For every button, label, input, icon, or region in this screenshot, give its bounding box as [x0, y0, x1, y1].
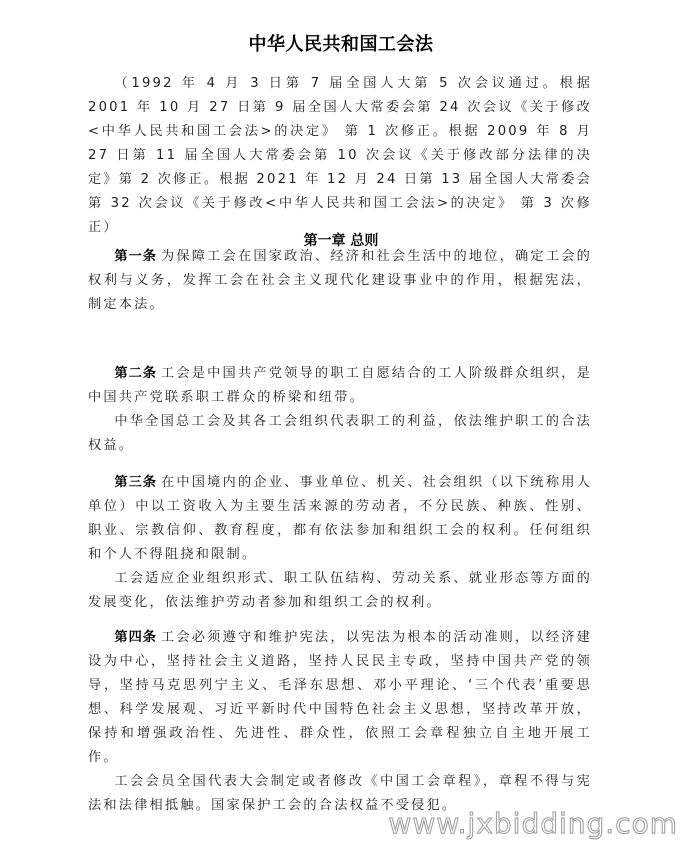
article-paragraph: 第二条工会是中国共产党领导的职工自愿结合的工人阶级群众组织，是中国共产党联系职工… [88, 362, 592, 410]
article-label: 第一条 [114, 249, 157, 264]
article-2: 第二条工会是中国共产党领导的职工自愿结合的工人阶级群众组织，是中国共产党联系职工… [88, 362, 592, 458]
article-paragraph: 第四条工会必须遵守和维护宪法，以宪法为根本的活动准则，以经济建设为中心，坚持社会… [88, 626, 592, 770]
article-text: 为保障工会在国家政治、经济和社会生活中的地位，确定工会的权利与义务，发挥工会在社… [88, 249, 592, 312]
article-text: 工会是中国共产党领导的职工自愿结合的工人阶级群众组织，是中国共产党联系职工群众的… [88, 366, 592, 405]
article-paragraph: 第一条为保障工会在国家政治、经济和社会生活中的地位，确定工会的权利与义务，发挥工… [88, 245, 592, 317]
article-text: 在中国境内的企业、事业单位、机关、社会组织（以下统称用人单位）中以工资收入为主要… [88, 475, 592, 562]
article-label: 第三条 [114, 475, 157, 490]
article-label: 第二条 [114, 366, 157, 381]
article-1: 第一条为保障工会在国家政治、经济和社会生活中的地位，确定工会的权利与义务，发挥工… [88, 245, 592, 317]
article-4: 第四条工会必须遵守和维护宪法，以宪法为根本的活动准则，以经济建设为中心，坚持社会… [88, 626, 592, 818]
article-3: 第三条在中国境内的企业、事业单位、机关、社会组织（以下统称用人单位）中以工资收入… [88, 471, 592, 615]
article-paragraph: 工会适应企业组织形式、职工队伍结构、劳动关系、就业形态等方面的发展变化，依法维护… [88, 567, 592, 615]
document-title: 中华人民共和国工会法 [0, 30, 682, 56]
watermark: www.jxbidding.com [389, 807, 678, 840]
article-paragraph: 中华全国总工会及其各工会组织代表职工的利益，依法维护职工的合法权益。 [88, 410, 592, 458]
document-page: 中华人民共和国工会法 （1992 年 4 月 3 日第 7 届全国人大第 5 次… [0, 0, 682, 844]
preamble-text: （1992 年 4 月 3 日第 7 届全国人大第 5 次会议通过。根据 200… [88, 72, 592, 240]
article-label: 第四条 [114, 630, 157, 645]
article-paragraph: 第三条在中国境内的企业、事业单位、机关、社会组织（以下统称用人单位）中以工资收入… [88, 471, 592, 567]
preamble-block: （1992 年 4 月 3 日第 7 届全国人大第 5 次会议通过。根据 200… [88, 72, 592, 240]
article-text: 工会必须遵守和维护宪法，以宪法为根本的活动准则，以经济建设为中心，坚持社会主义道… [88, 630, 592, 765]
